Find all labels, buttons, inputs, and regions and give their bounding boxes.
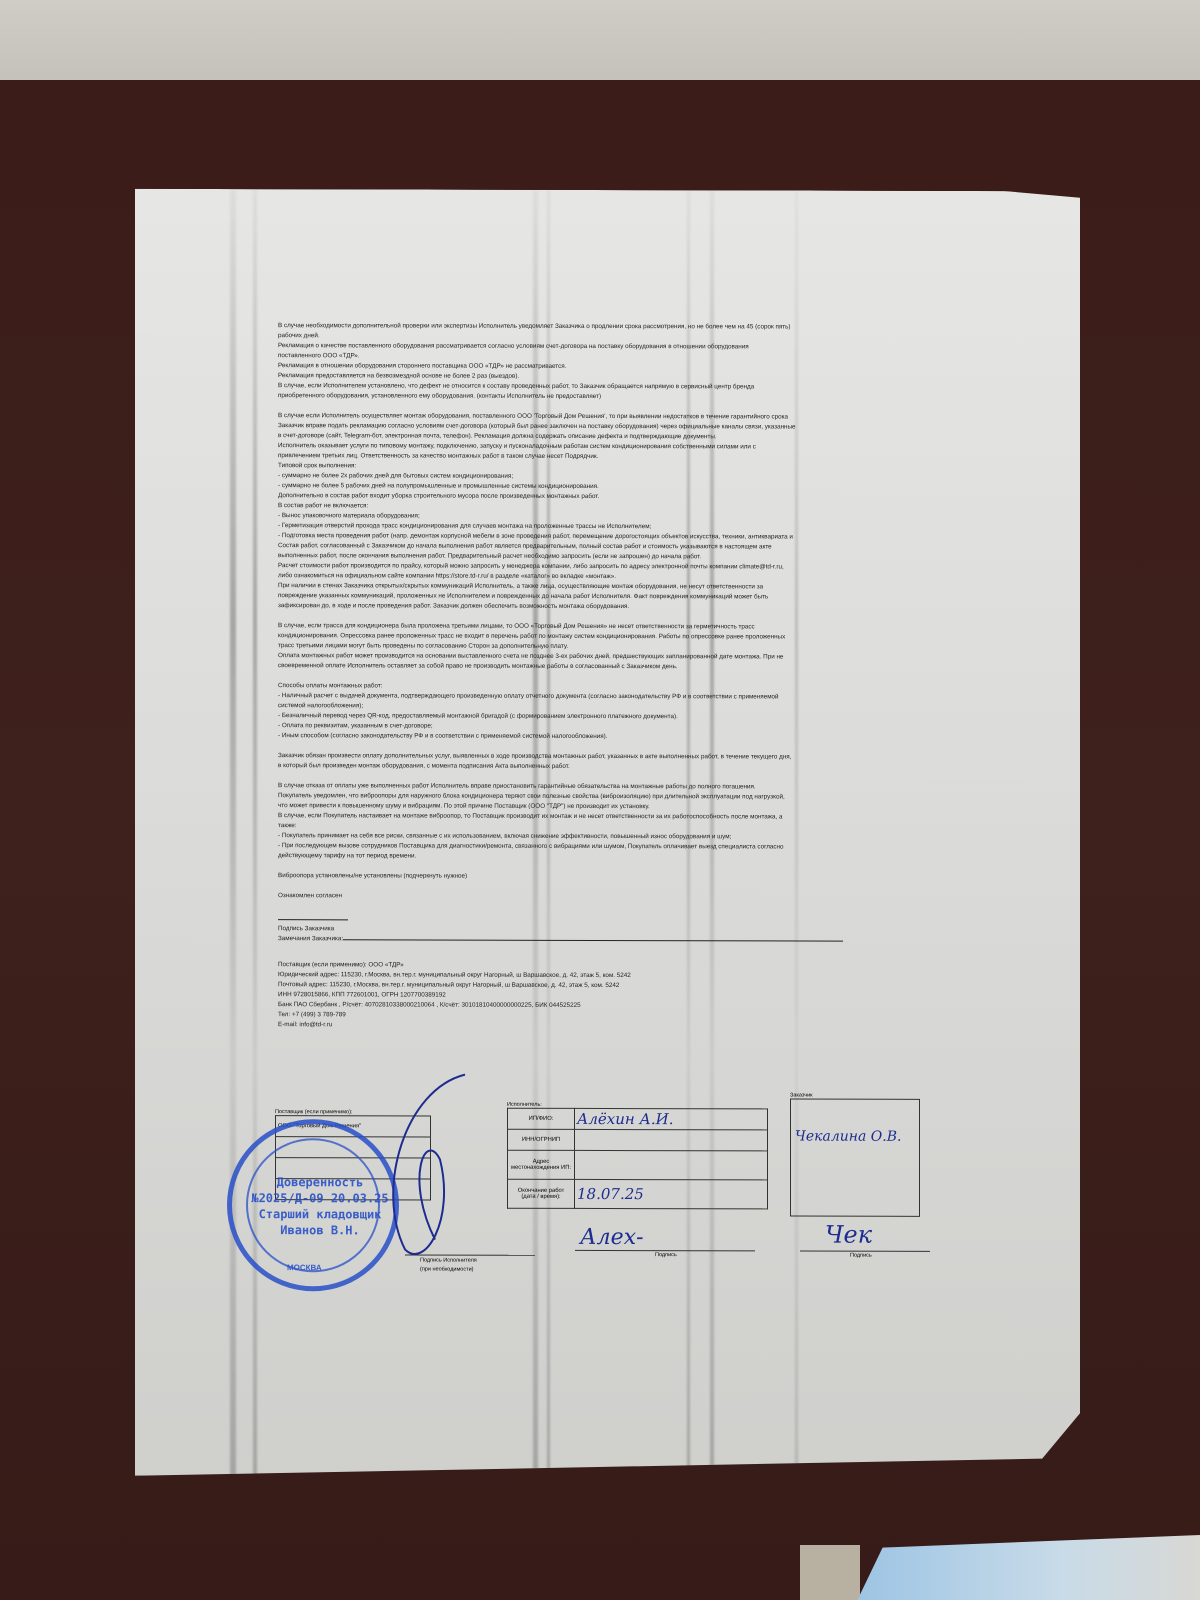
scan-streak	[253, 189, 257, 1489]
customer-signature-line	[278, 911, 348, 920]
floor-object	[800, 1545, 860, 1600]
document-body: В случае необходимости дополнительной пр…	[278, 321, 908, 1032]
customer-sign-line	[800, 1251, 930, 1252]
customer-remarks-label: Замечания Заказчика:	[278, 935, 343, 942]
executor-table: ИП/ФИО:Алёхин А.И. ИНН/ОГРНИП Адрес мест…	[507, 1108, 768, 1210]
executor-row: Окончание работ (дата / время):18.07.25	[508, 1179, 768, 1209]
third-party-section: В случае, если трасса для кондиционера б…	[278, 621, 908, 673]
customer-remarks-line	[343, 939, 843, 941]
executor-row: Адрес местонахождения ИП:	[508, 1150, 768, 1180]
executor-row: ИП/ФИО:Алёхин А.И.	[508, 1108, 768, 1130]
contract-page: В случае необходимости дополнительной пр…	[135, 189, 1080, 1491]
executor-signature: Алех-	[580, 1225, 644, 1250]
executor-block: Исполнитель: ИП/ФИО:Алёхин А.И. ИНН/ОГРН…	[507, 1102, 768, 1210]
extra-services-section: Заказчик обязан произвести оплату дополн…	[278, 751, 908, 773]
customer-name: Чекалина О.В.	[790, 1098, 920, 1216]
executor-signature-label: Подпись	[655, 1252, 677, 1258]
installation-section: В случае если Исполнитель осуществляет м…	[278, 411, 908, 613]
supplier-signature-scribble	[365, 1069, 485, 1269]
scan-streak	[230, 189, 236, 1489]
warranty-section: В случае необходимости дополнительной пр…	[278, 321, 908, 403]
executor-row: ИНН/ОГРНИП	[508, 1129, 768, 1151]
vibration-section: В случае отказа от оплаты уже выполненны…	[278, 781, 908, 863]
customer-block: Заказчик Чекалина О.В.	[790, 1092, 920, 1216]
supplier-info: Поставщик (если применимо): ООО «ТДР» Юр…	[278, 960, 908, 1032]
payment-section: Способы оплаты монтажных работ: - Наличн…	[278, 681, 908, 743]
customer-signature: Чек	[825, 1221, 872, 1249]
stamp-city: МОСКВА	[287, 1263, 322, 1272]
customer-signature-label: Подпись	[850, 1253, 872, 1259]
